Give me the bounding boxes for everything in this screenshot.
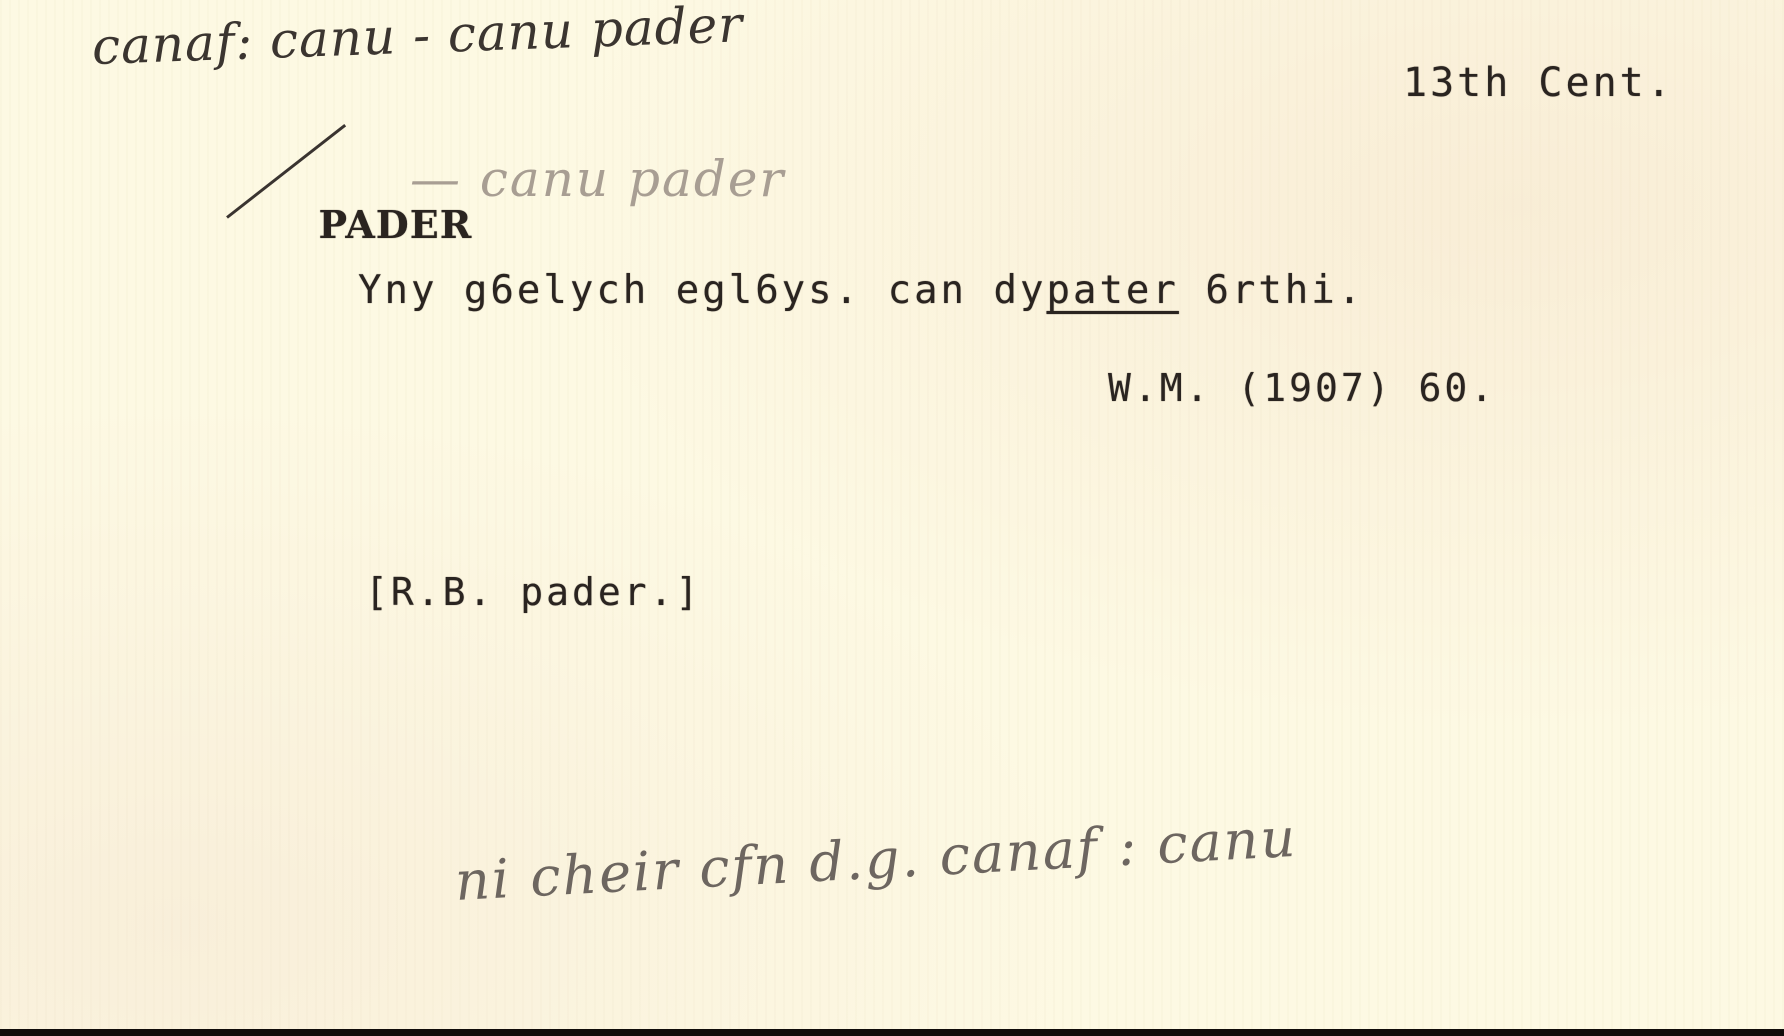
- index-card: canaf: canu - canu pader 13th Cent. PADE…: [0, 0, 1784, 1030]
- century-label: 13th Cent.: [1403, 60, 1674, 106]
- scan-bottom-border: [0, 1029, 1784, 1036]
- handwritten-note-bottom: ni cheir cfn d.g. canaf : canu: [453, 806, 1298, 913]
- cross-reference: [R.B. pader.]: [365, 570, 701, 614]
- headword: PADER: [319, 202, 473, 247]
- handwritten-note-top: canaf: canu - canu pader: [91, 0, 744, 76]
- quotation-keyword: pater: [1046, 268, 1178, 313]
- quotation-start: Yny g6elych egl6ys. can dy: [358, 268, 1046, 313]
- quotation: Yny g6elych egl6ys. can dypater 6rthi.: [358, 268, 1364, 313]
- source-citation: W.M. (1907) 60.: [1108, 366, 1496, 410]
- pencil-correction: — canu pader: [410, 150, 785, 208]
- quotation-end: 6rthi.: [1179, 268, 1364, 313]
